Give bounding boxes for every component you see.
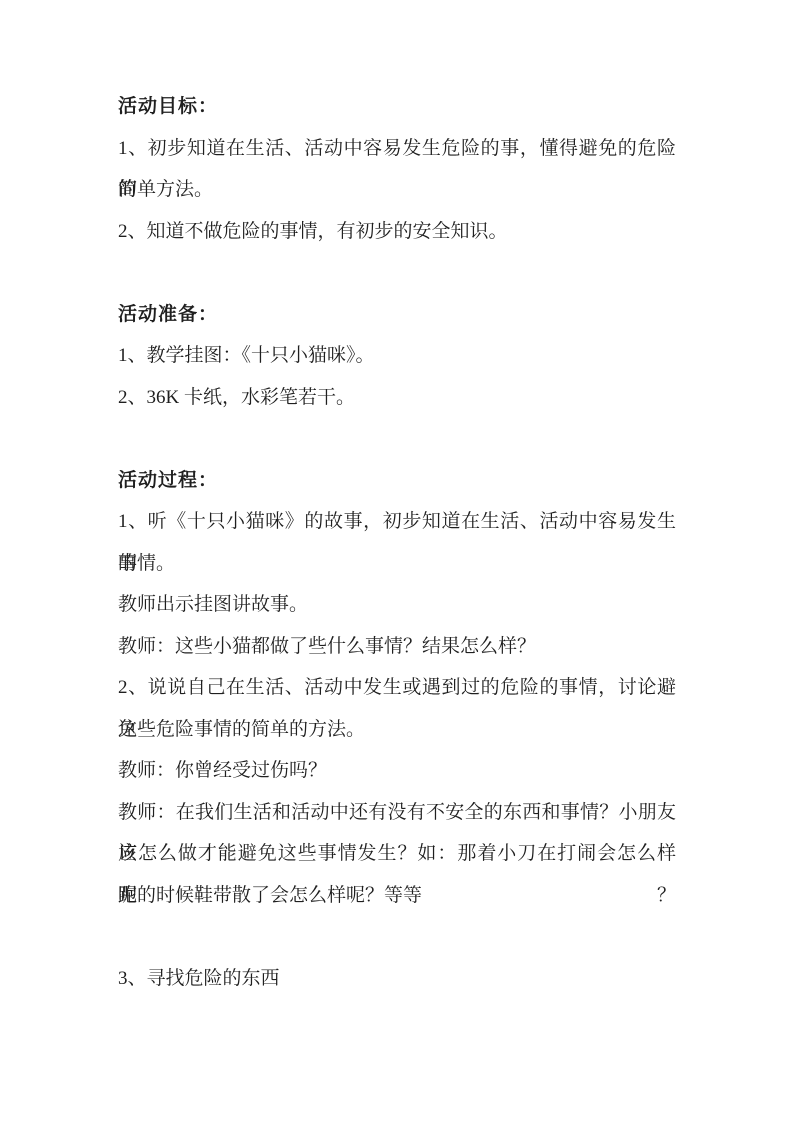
text-line: 2、知道不做危险的事情，有初步的安全知识。: [118, 211, 676, 253]
document-page: 活动目标： 1、初步知道在生活、活动中容易发生危险的事，懂得避免的危险的 简单方…: [0, 0, 793, 1122]
text-line: 这些危险事情的简单的方法。: [118, 709, 676, 751]
text-line: 教师出示挂图讲故事。: [118, 584, 676, 626]
section-heading: 活动目标：: [118, 86, 676, 128]
text-line: 教师：在我们生活和活动中还有没有不安全的东西和事情？小朋友应: [118, 792, 676, 834]
text-line: 3、寻找危险的东西: [118, 958, 676, 1000]
blank-line: [118, 916, 676, 958]
text-line: 教师：这些小猫都做了些什么事情？结果怎么样？: [118, 626, 676, 668]
text-line: 2、36K 卡纸，水彩笔若干。: [118, 377, 676, 419]
text-line: 2、说说自己在生活、活动中发生或遇到过的危险的事情，讨论避免: [118, 667, 676, 709]
text-line: 1、听《十只小猫咪》的故事，初步知道在生活、活动中容易发生的: [118, 501, 676, 543]
text-line: 1、初步知道在生活、活动中容易发生危险的事，懂得避免的危险的: [118, 128, 676, 170]
text-line: 教师：你曾经受过伤吗？: [118, 750, 676, 792]
blank-line: [118, 252, 676, 294]
section-heading: 活动过程：: [118, 460, 676, 502]
text-line: 该怎么做才能避免这些事情发生？如：那着小刀在打闹会怎么样呢？: [118, 833, 676, 875]
text-line: 事情。: [118, 543, 676, 585]
text-line: 1、教学挂图：《十只小猫咪》。: [118, 335, 676, 377]
blank-line: [118, 418, 676, 460]
text-line: 简单方法。: [118, 169, 676, 211]
section-heading: 活动准备：: [118, 294, 676, 336]
